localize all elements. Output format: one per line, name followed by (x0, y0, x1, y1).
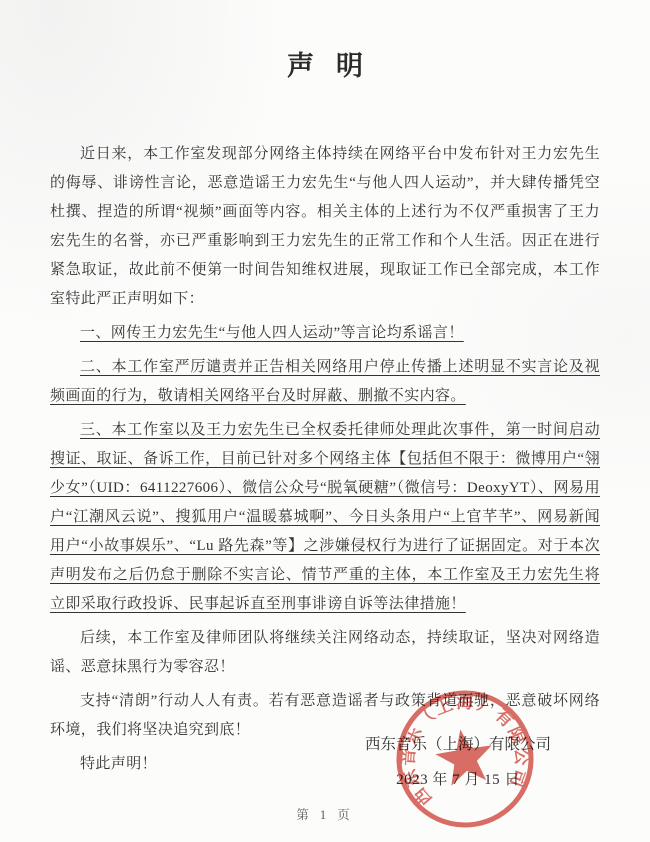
statement-document-page: 声明 近日来，本工作室发现部分网络主体持续在网络平台中发布针对王力宏先生的侮辱、… (0, 0, 650, 842)
page-number: 第 1 页 (0, 805, 650, 823)
signature-block: 西东音乐（上海）有限公司 2023 年 7 月 15 日 (343, 733, 573, 792)
paragraph-point-3: 三、本工作室以及王力宏先生已全权委托律师处理此次事件，第一时间启动搜证、取证、备… (50, 416, 600, 619)
document-title: 声明 (0, 44, 650, 83)
paragraph-point-1: 一、网传王力宏先生“与他人四人运动”等言论均系谣言！ (50, 319, 600, 348)
signature-company-name: 西东音乐（上海）有限公司 (343, 733, 573, 757)
document-body: 近日来，本工作室发现部分网络主体持续在网络平台中发布针对王力宏先生的侮辱、诽谤性… (50, 140, 600, 779)
paragraph-followup: 后续，本工作室及律师团队将继续关注网络动态，持续取证，坚决对网络造谣、恶意抹黑行… (50, 624, 600, 682)
paragraph-point-2: 二、本工作室严厉谴责并正告相关网络用户停止传播上述明显不实言论及视频画面的行为，… (50, 353, 600, 411)
paragraph-intro: 近日来，本工作室发现部分网络主体持续在网络平台中发布针对王力宏先生的侮辱、诽谤性… (50, 140, 600, 314)
signature-date: 2023 年 7 月 15 日 (343, 768, 573, 792)
